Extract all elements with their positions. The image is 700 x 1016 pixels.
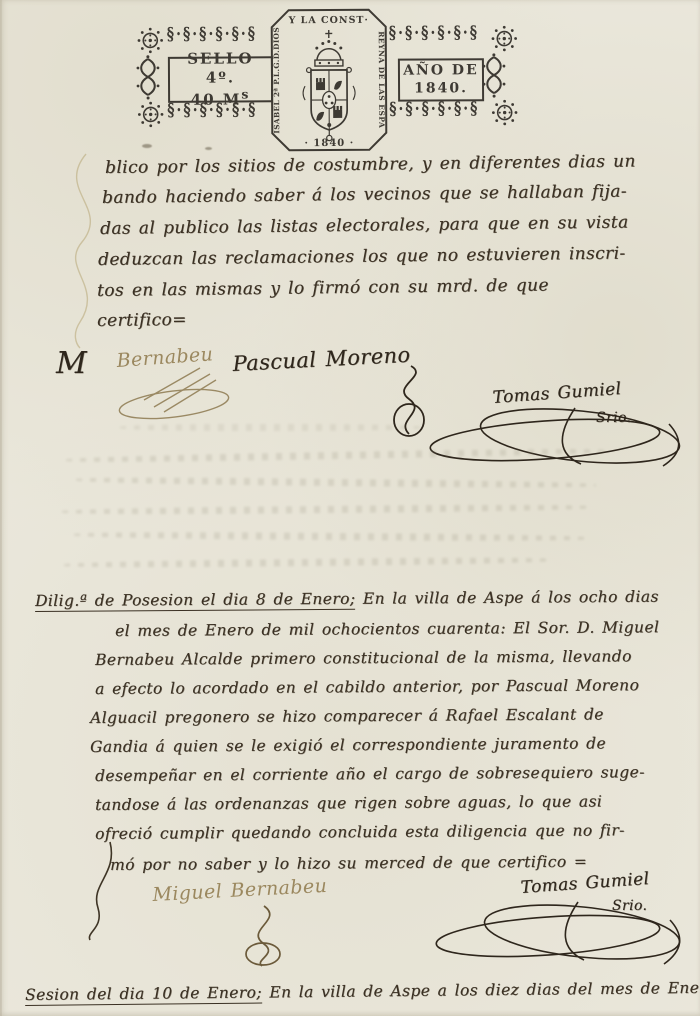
bleedthrough-line	[120, 424, 420, 431]
manuscript-line: Gandia á quien se le exigió el correspon…	[90, 734, 606, 756]
bleedthrough-line	[62, 504, 592, 516]
rosette-icon	[137, 27, 164, 54]
bleedthrough-line	[74, 531, 589, 542]
sello-box: SELLO 4º. 40 Ms	[168, 56, 273, 103]
diligencia-heading: Dilig.ª de Posesion el dia 8 de Enero;	[35, 590, 356, 612]
rosette-icon	[491, 99, 518, 126]
manuscript-line: tandose á las ordenanzas que rigen sobre…	[95, 792, 602, 814]
sello-value-label: 40 Ms	[170, 87, 271, 110]
manuscript-line: el mes de Enero de mil ochocientos cuare…	[115, 618, 659, 640]
manuscript-line: ofreció cumplir quedando concluida esta …	[95, 821, 625, 843]
manuscript-line: tos en las mismas y lo firmó con su mrd.…	[97, 275, 549, 301]
margin-flourish	[80, 838, 118, 942]
scroll-cluster-icon	[135, 55, 161, 101]
seal-text-left: ISABEL 2ª P.L.G.D.DIOS	[272, 27, 282, 134]
signature-flourish	[425, 396, 697, 476]
ink-speck	[142, 144, 152, 148]
manuscript-line: Bernabeu Alcalde primero constitucional …	[95, 647, 632, 669]
year-box: AÑO DE 1840.	[398, 58, 484, 101]
diligencia-line1-rest: En la villa de Aspe á los ocho dias	[355, 588, 658, 608]
manuscript-page: §·§·§·§·§·§ §·§·§·§·§·§ §·§·§·§·§·§ §·§·…	[0, 0, 700, 1016]
manuscript-line: das al publico las listas electorales, p…	[100, 213, 629, 239]
seal-text-right: REYNA DE LAS ESPA	[377, 31, 387, 128]
manuscript-line: mó por no saber y lo hizo su merced de q…	[110, 853, 587, 874]
scroll-ornament-row: §·§·§·§·§·§	[389, 99, 479, 119]
royal-seal-octagon: Y LA CONST· REYNA DE LAS ESPA ISABEL 2ª …	[270, 8, 389, 153]
scroll-cluster-icon	[481, 53, 507, 99]
session-line: Sesion del dia 10 de Enero; En la villa …	[25, 979, 699, 1004]
signature-flourish	[430, 890, 698, 976]
session-rest: En la villa de Aspe a los diez dias del …	[262, 979, 700, 1002]
signature-rubric	[112, 362, 237, 424]
manuscript-line: certifico=	[97, 310, 187, 331]
manuscript-line: blico por los sitios de costumbre, y en …	[105, 152, 636, 178]
bleedthrough-line	[64, 556, 554, 568]
seal-text-bottom: · 1840 ·	[304, 138, 354, 149]
scroll-ornament-row: §·§·§·§·§·§	[167, 24, 257, 44]
scroll-ornament-row: §·§·§·§·§·§	[389, 23, 479, 43]
bleedthrough-line	[76, 476, 596, 488]
manuscript-line: a efecto lo acordado en el cabildo anter…	[95, 676, 639, 698]
ink-speck	[205, 147, 212, 150]
manuscript-line: deduzcan las reclamaciones los que no es…	[98, 244, 626, 270]
sello-class-label: SELLO 4º.	[170, 49, 271, 87]
manuscript-line: bando haciendo saber á los vecinos que s…	[102, 182, 627, 208]
margin-initial: M	[56, 346, 87, 381]
manuscript-line: desempeñar en el corriente año el cargo …	[95, 763, 645, 785]
session-heading: Sesion del dia 10 de Enero;	[25, 984, 262, 1006]
revenue-stamp: §·§·§·§·§·§ §·§·§·§·§·§ §·§·§·§·§·§ §·§·…	[133, 5, 526, 153]
signature-rubric	[222, 902, 304, 970]
seal-text-top: Y LA CONST·	[288, 15, 369, 26]
sello-value-sup: s	[241, 87, 250, 102]
coat-of-arms	[303, 30, 356, 141]
rosette-icon	[137, 101, 164, 128]
manuscript-line: Dilig.ª de Posesion el dia 8 de Enero; E…	[35, 588, 659, 610]
year-label: AÑO DE	[400, 62, 482, 80]
manuscript-line: Alguacil pregonero se hizo comparecer á …	[90, 705, 604, 727]
year-value: 1840.	[400, 80, 482, 98]
rosette-icon	[491, 25, 518, 52]
